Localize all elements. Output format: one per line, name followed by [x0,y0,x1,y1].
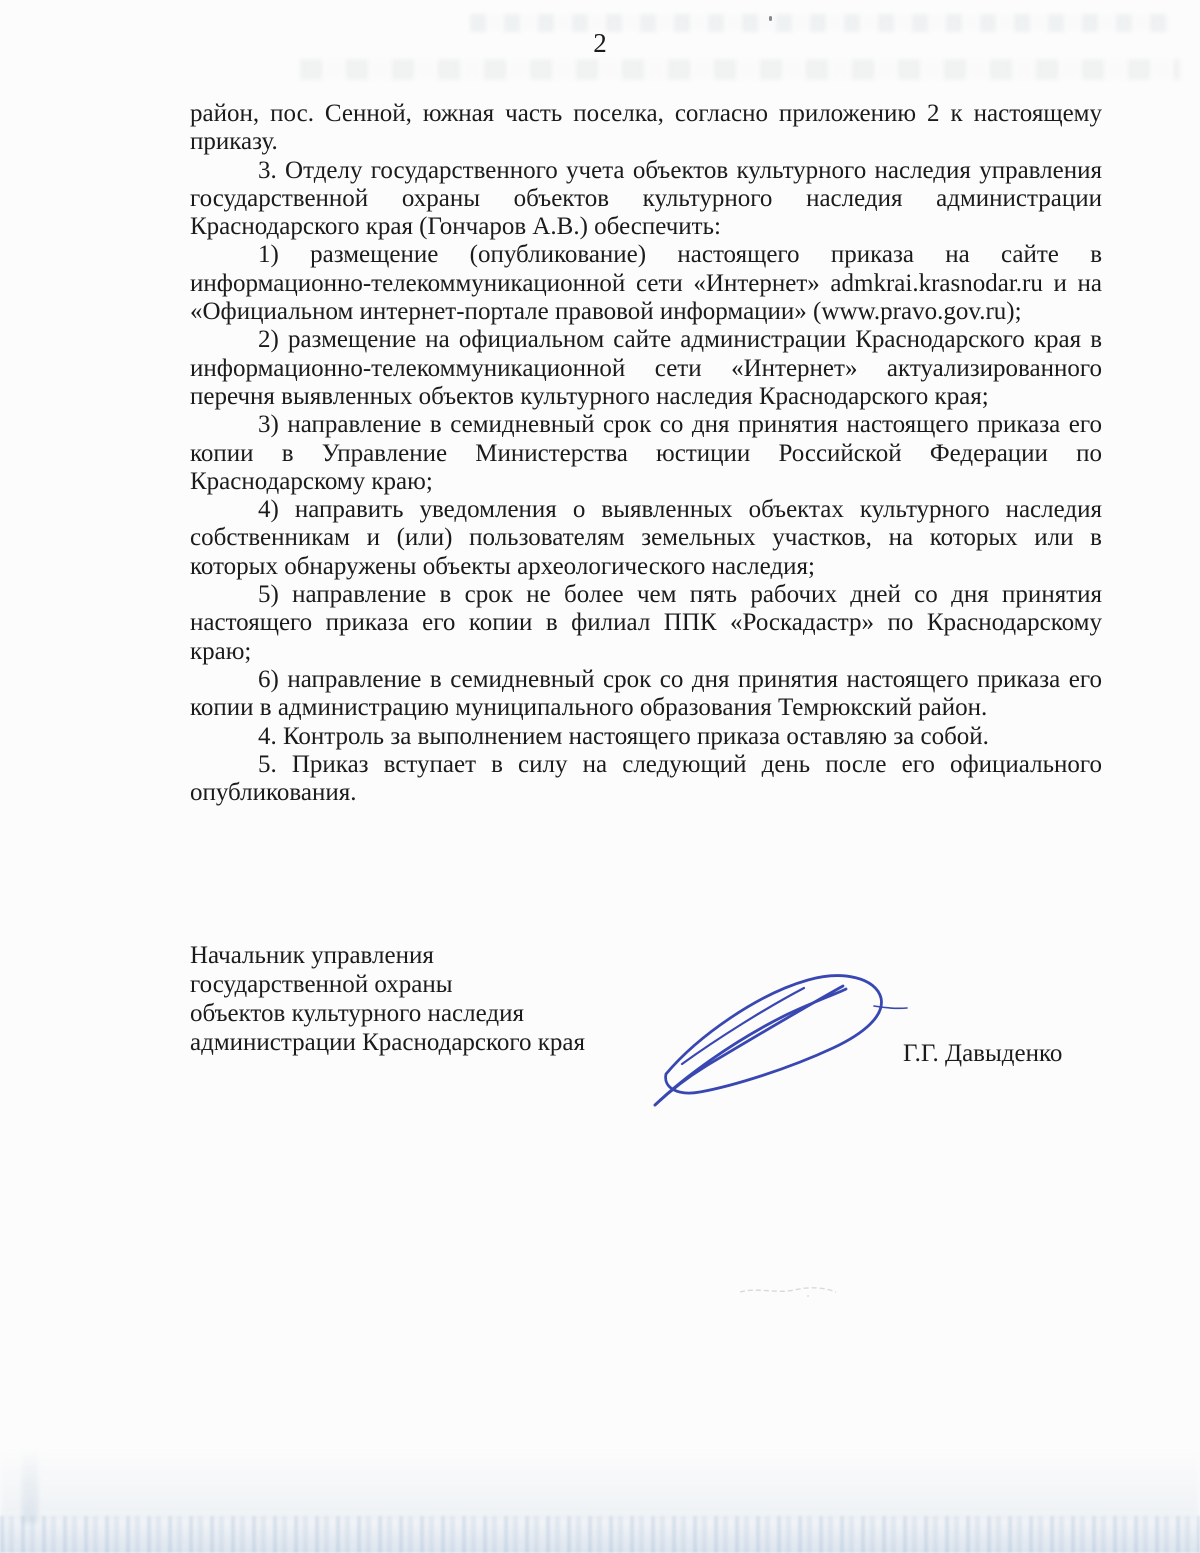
paragraph: 1) размещение (опубликование) настоящего… [190,241,1102,326]
signature-block: Начальник управления государственной охр… [190,941,670,1057]
scan-artifact-bottom-wash [0,1448,1200,1518]
scan-artifact-left-streak [22,1448,38,1523]
paragraph: 4) направить уведомления о выявленных об… [190,496,1102,581]
signature-scrawl [638,966,910,1118]
signer-title-line: государственной охраны [190,970,670,999]
scan-speck [769,16,772,21]
scan-artifact-upper-band [300,59,1180,80]
pencil-smudge-artifact [738,1283,838,1301]
signer-title-line: объектов культурного наследия [190,999,670,1028]
scan-artifact-bottom-band [0,1516,1200,1553]
signer-title-line: Начальник управления [190,941,670,970]
document-page: 2 район, пос. Сенной, южная часть поселк… [0,0,1200,1553]
document-body: район, пос. Сенной, южная часть поселка,… [190,100,1102,807]
signer-name: Г.Г. Давыденко [903,1040,1062,1068]
paragraph: 3) направление в семидневный срок со дня… [190,411,1102,496]
paragraph: 6) направление в семидневный срок со дня… [190,666,1102,723]
paragraph: район, пос. Сенной, южная часть поселка,… [190,100,1102,157]
paragraph: 3. Отделу государственного учета объекто… [190,157,1102,242]
paragraph: 4. Контроль за выполнением настоящего пр… [190,723,1102,751]
paragraph: 5) направление в срок не более чем пять … [190,581,1102,666]
paragraph: 5. Приказ вступает в силу на следующий д… [190,751,1102,808]
paragraph: 2) размещение на официальном сайте админ… [190,326,1102,411]
page-number: 2 [0,28,1200,59]
signer-title-line: администрации Краснодарского края [190,1028,670,1057]
